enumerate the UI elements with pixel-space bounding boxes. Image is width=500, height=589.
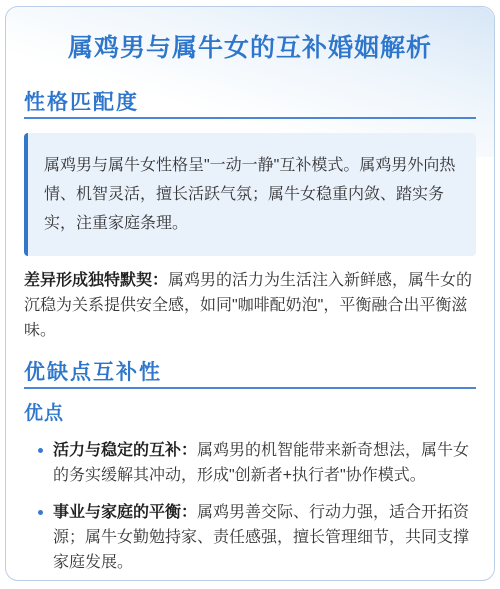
- section-heading-pros-cons: 优缺点互补性: [24, 361, 476, 385]
- list-item: 活力与稳定的互补：属鸡男的机智能带来新奇想法，属牛女的务实缓解其冲动，形成"创新…: [38, 438, 476, 488]
- list-item-text: 活力与稳定的互补：属鸡男的机智能带来新奇想法，属牛女的务实缓解其冲动，形成"创新…: [53, 438, 476, 488]
- highlight-info-box: 属鸡男与属牛女性格呈"一动一静"互补模式。属鸡男外向热情、机智灵活，擅长活跃气氛…: [24, 133, 476, 256]
- card-content: 属鸡男与属牛女的互补婚姻解析 性格匹配度 属鸡男与属牛女性格呈"一动一静"互补模…: [24, 33, 476, 575]
- section-heading-personality-match: 性格匹配度: [24, 91, 476, 115]
- article-card: 属鸡男与属牛女的互补婚姻解析 性格匹配度 属鸡男与属牛女性格呈"一动一静"互补模…: [5, 6, 495, 581]
- bullet-dot-icon: [38, 510, 43, 515]
- heading-divider: [24, 117, 476, 119]
- page-background: 属鸡男与属牛女的互补婚姻解析 性格匹配度 属鸡男与属牛女性格呈"一动一静"互补模…: [0, 0, 500, 589]
- advantages-list: 活力与稳定的互补：属鸡男的机智能带来新奇想法，属牛女的务实缓解其冲动，形成"创新…: [24, 438, 476, 575]
- info-box-text: 属鸡男与属牛女性格呈"一动一静"互补模式。属鸡男外向热情、机智灵活，擅长活跃气氛…: [44, 151, 460, 238]
- list-item-lead: 活力与稳定的互补：: [53, 442, 197, 459]
- page-title: 属鸡男与属牛女的互补婚姻解析: [24, 33, 476, 63]
- bullet-dot-icon: [38, 448, 43, 453]
- list-item-lead: 事业与家庭的平衡：: [53, 504, 197, 521]
- heading-divider: [24, 387, 476, 389]
- paragraph-lead: 差异形成独特默契：: [24, 272, 168, 289]
- list-item: 事业与家庭的平衡：属鸡男善交际、行动力强，适合开拓资源；属牛女勤勉持家、责任感强…: [38, 500, 476, 575]
- list-item-text: 事业与家庭的平衡：属鸡男善交际、行动力强，适合开拓资源；属牛女勤勉持家、责任感强…: [53, 500, 476, 575]
- subheading-advantages: 优点: [24, 403, 476, 425]
- personality-paragraph: 差异形成独特默契：属鸡男的活力为生活注入新鲜感，属牛女的沉稳为关系提供安全感，如…: [24, 268, 476, 343]
